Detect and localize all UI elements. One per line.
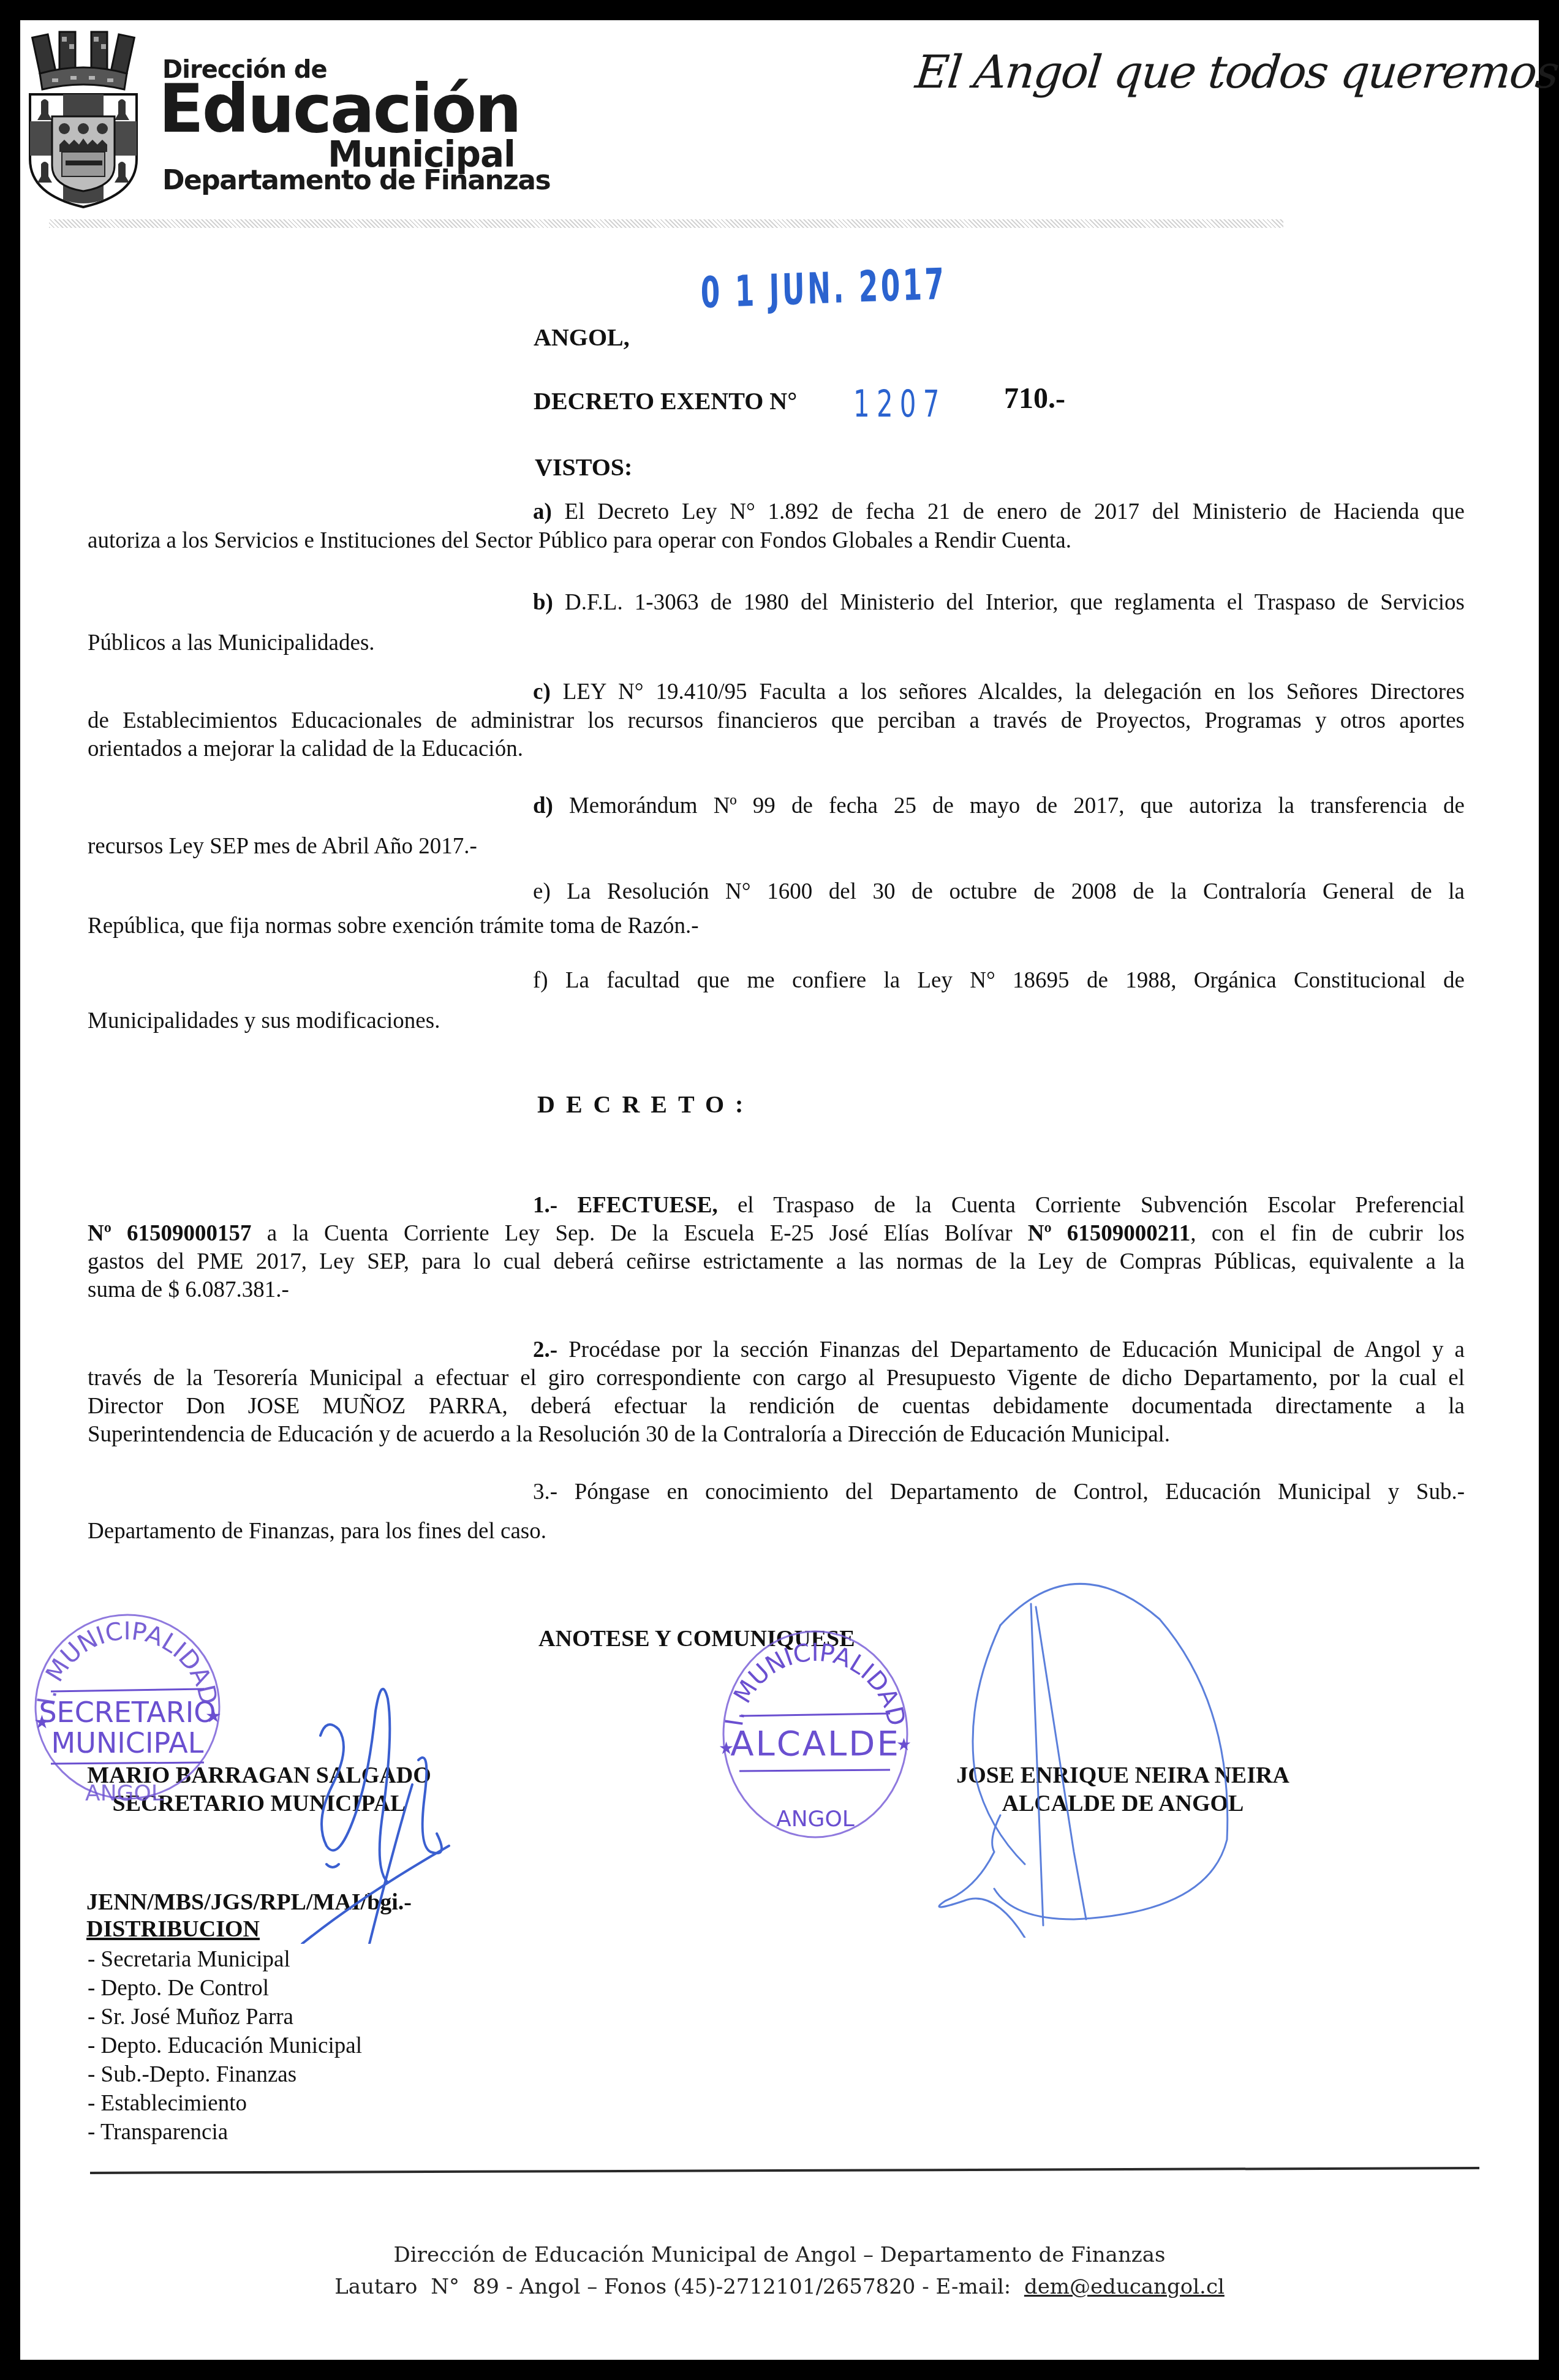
article-1-line2: Nº 61509000157 a la Cuenta Corriente Ley… — [88, 1220, 1465, 1248]
distribution-item: - Sub.-Depto. Finanzas — [88, 2060, 362, 2089]
visto-e-label: e) — [533, 879, 567, 904]
mayor-signatory: JOSE ENRIQUE NEIRA NEIRA ALCALDE DE ANGO… — [927, 1761, 1319, 1818]
secretary-name: MARIO BARRAGAN SALGADO — [75, 1761, 443, 1789]
header-separator — [49, 219, 1283, 228]
visto-d-first-line: d) Memorándum Nº 99 de fecha 25 de mayo … — [88, 792, 1465, 820]
footer-email-link[interactable]: dem@educangol.cl — [1024, 2275, 1225, 2299]
decree-number: 710.- — [1004, 382, 1065, 415]
distribution-item: - Sr. José Muñoz Parra — [88, 2003, 362, 2031]
visto-e-line: República, que fija normas sobre exenció… — [88, 912, 1465, 940]
visto-a-line: autoriza a los Servicios e Instituciones… — [88, 527, 1465, 555]
visto-a-first-line: a) El Decreto Ley N° 1.892 de fecha 21 d… — [88, 498, 1465, 526]
visto-f-label: f) — [533, 968, 565, 993]
svg-text:ALCALDE: ALCALDE — [730, 1724, 900, 1764]
visto-c-line: orientados a mejorar la calidad de la Ed… — [88, 735, 1465, 763]
article-3: 3.- Póngase en conocimiento del Departam… — [88, 1478, 1465, 1546]
visto-f: f) La facultad que me confiere la Ley N°… — [88, 967, 1465, 1035]
date-stamp: 0 1 JUN. 2017 — [700, 259, 947, 318]
reference-initials: JENN/MBS/JGS/RPL/MAI/bgi.- — [86, 1889, 412, 1916]
visto-b-label: b) — [533, 590, 565, 615]
slogan: El Angol que todos queremos — [913, 46, 1559, 99]
org-line-departamento: Departamento de Finanzas — [162, 167, 550, 194]
svg-text:★: ★ — [896, 1736, 912, 1755]
svg-text:ANGOL: ANGOL — [776, 1807, 855, 1832]
article-1-line3: gastos del PME 2017, Ley SEP, para lo cu… — [88, 1248, 1465, 1276]
visto-b-first-line: b) D.F.L. 1-3063 de 1980 del Ministerio … — [88, 589, 1465, 617]
mayor-title: ALCALDE DE ANGOL — [927, 1789, 1319, 1818]
article-1-line1: el Traspaso de la Cuenta Corriente Subve… — [738, 1193, 1465, 1218]
article-2-first-line: 2.- Procédase por la sección Finanzas de… — [88, 1336, 1465, 1364]
article-2-label: 2.- — [533, 1337, 568, 1362]
distribution-item: - Secretaria Municipal — [88, 1945, 362, 1974]
municipal-coat-of-arms-icon — [28, 31, 139, 210]
article-1-line2-text: a la Cuenta Corriente Ley Sep. De la Esc… — [252, 1221, 1028, 1246]
svg-text:★: ★ — [719, 1739, 734, 1758]
visto-e-first-line: e) La Resolución N° 1600 del 30 de octub… — [88, 878, 1465, 906]
mayor-signature — [890, 1546, 1258, 1938]
city-label: ANGOL, — [534, 323, 630, 352]
footer-org-line: Dirección de Educación Municipal de Ango… — [20, 2243, 1539, 2267]
article-1-line2-end: , con el fin de cubrir los — [1190, 1221, 1465, 1246]
visto-c: c) LEY N° 19.410/95 Faculta a los señore… — [88, 678, 1465, 763]
target-account-number: Nº 61509000211 — [1028, 1221, 1191, 1246]
decreto-heading: DECRETO: — [537, 1090, 754, 1119]
closing-formula: ANOTESE Y COMUNIQUESE — [538, 1625, 855, 1652]
article-3-label: 3.- — [533, 1479, 575, 1505]
visto-d: d) Memorándum Nº 99 de fecha 25 de mayo … — [88, 792, 1465, 861]
article-2-line: través de la Tesorería Municipal a efect… — [88, 1364, 1465, 1392]
decree-number-stamp: 1207 — [853, 383, 946, 426]
mayor-seal-icon: I. MUNICIPALIDAD ALCALDE ★★ ANGOL — [711, 1624, 919, 1845]
distribution-item: - Establecimiento — [88, 2089, 362, 2118]
visto-d-label: d) — [533, 793, 569, 818]
distribution-item: - Transparencia — [88, 2118, 362, 2147]
article-1-lead: EFECTUESE, — [577, 1193, 717, 1218]
distribution-list: - Secretaria Municipal- Depto. De Contro… — [88, 1945, 362, 2147]
footer-divider — [90, 2167, 1479, 2174]
vistos-heading: VISTOS: — [535, 453, 632, 482]
svg-text:SECRETARIO: SECRETARIO — [39, 1696, 216, 1729]
decree-label: DECRETO EXENTO N° — [534, 387, 797, 415]
article-1: 1.- EFECTUESE, el Traspaso de la Cuenta … — [88, 1192, 1465, 1304]
secretary-title: SECRETARIO MUNICIPAL — [75, 1789, 443, 1818]
secretary-signatory: MARIO BARRAGAN SALGADO SECRETARIO MUNICI… — [75, 1761, 443, 1818]
visto-b-line: Públicos a las Municipalidades. — [88, 629, 1465, 657]
visto-e: e) La Resolución N° 1600 del 30 de octub… — [88, 878, 1465, 940]
svg-text:I. MUNICIPALIDAD: I. MUNICIPALIDAD — [32, 1617, 223, 1707]
article-2-line: Superintendencia de Educación y de acuer… — [88, 1421, 1465, 1449]
article-2-line: Director Don JOSE MUÑOZ PARRA, deberá ef… — [88, 1392, 1465, 1421]
article-3-first-line: 3.- Póngase en conocimiento del Departam… — [88, 1478, 1465, 1506]
article-1-number: 1.- — [533, 1193, 557, 1218]
svg-text:★: ★ — [205, 1706, 222, 1726]
visto-c-line: de Establecimientos Educacionales de adm… — [88, 707, 1465, 735]
visto-a-label: a) — [533, 499, 565, 524]
visto-c-first-line: c) LEY N° 19.410/95 Faculta a los señore… — [88, 678, 1465, 706]
visto-d-line: recursos Ley SEP mes de Abril Año 2017.- — [88, 833, 1465, 861]
footer-address: Lautaro N° 89 - Angol – Fonos (45)-27121… — [334, 2275, 1024, 2299]
document-page: Dirección de Educación Municipal Departa… — [20, 20, 1539, 2360]
org-line-educacion: Educación — [159, 77, 520, 143]
visto-f-first-line: f) La facultad que me confiere la Ley N°… — [88, 967, 1465, 995]
footer-contact-line: Lautaro N° 89 - Angol – Fonos (45)-27121… — [20, 2275, 1539, 2299]
visto-f-line: Municipalidades y sus modificaciones. — [88, 1007, 1465, 1035]
article-2: 2.- Procédase por la sección Finanzas de… — [88, 1336, 1465, 1449]
mayor-name: JOSE ENRIQUE NEIRA NEIRA — [927, 1761, 1319, 1789]
distribution-item: - Depto. Educación Municipal — [88, 2031, 362, 2060]
article-3-line: Departamento de Finanzas, para los fines… — [88, 1517, 1465, 1546]
svg-text:★: ★ — [34, 1712, 50, 1732]
article-1-amount: suma de $ 6.087.381.- — [88, 1276, 1465, 1304]
visto-c-label: c) — [533, 679, 563, 705]
visto-a: a) El Decreto Ley N° 1.892 de fecha 21 d… — [88, 498, 1465, 555]
visto-b: b) D.F.L. 1-3063 de 1980 del Ministerio … — [88, 589, 1465, 657]
source-account-number: Nº 61509000157 — [88, 1221, 252, 1246]
svg-text:MUNICIPAL: MUNICIPAL — [51, 1726, 204, 1759]
distribution-item: - Depto. De Control — [88, 1974, 362, 2003]
distribution-heading: DISTRIBUCION — [86, 1916, 260, 1943]
